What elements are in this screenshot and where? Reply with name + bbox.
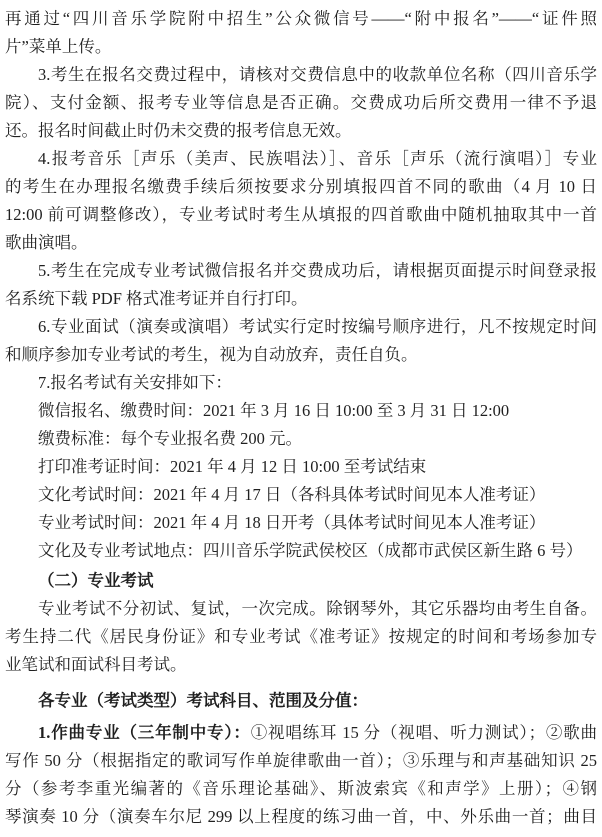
text-line: 3.考生在报名交费过程中，请核对交费信息中的收款单位名称（四川音乐学 [5,61,597,89]
text-run: 各专业（考试类型）考试科目、范围及分值： [38,691,368,710]
text-run: 6.专业面试（演奏或演唱）考试实行定时按编号顺序进行，凡不按规定时间 [38,317,597,336]
text-run: 还。报名时间截止时仍未交费的报考信息无效。 [5,121,352,140]
text-line: 片”菜单上传。 [5,33,597,61]
text-run: 院）、支付金额、报考专业等信息是否正确。交费成功后所交费用一律不予退 [5,93,597,112]
text-run: 再通过“四川音乐学院附中招生”公众微信号——“附中报名”——“证件照 [5,9,597,28]
text-line: 文化考试时间：2021 年 4 月 17 日（各科具体考试时间见本人准考证） [5,481,597,509]
text-line: 的考生在办理报名缴费手续后须按要求分别填报四首不同的歌曲（4 月 10 日 [5,173,597,201]
text-line: 考生持二代《居民身份证》和专业考试《准考证》按规定的时间和考场参加专 [5,623,597,651]
text-line: 名系统下载 PDF 格式准考证并自行打印。 [5,285,597,313]
text-line: 分（参考李重光编著的《音乐理论基础》、斯波索宾《和声学》上册）；④钢 [5,775,597,803]
text-run: 片”菜单上传。 [5,37,111,56]
text-line: 院）、支付金额、报考专业等信息是否正确。交费成功后所交费用一律不予退 [5,89,597,117]
text-line: 7.报名考试有关安排如下： [5,369,597,397]
text-run: 的考生在办理报名缴费手续后须按要求分别填报四首不同的歌曲（4 月 10 日 [5,177,597,196]
text-line: 专业考试不分初试、复试，一次完成。除钢琴外，其它乐器均由考生自备。 [5,595,597,623]
text-line: 和顺序参加专业考试的考生，视为自动放弃，责任自负。 [5,341,597,369]
text-run: 分（参考李重光编著的《音乐理论基础》、斯波索宾《和声学》上册）；④钢 [5,779,597,798]
text-run: 文化及专业考试地点：四川音乐学院武侯校区（成都市武侯区新生路 6 号） [38,541,583,560]
text-run: 4.报考音乐［声乐（美声、民族唱法）］、音乐［声乐（流行演唱）］专业 [38,149,597,168]
document-body: 再通过“四川音乐学院附中招生”公众微信号——“附中报名”——“证件照片”菜单上传… [5,5,597,831]
text-line: 打印准考证时间：2021 年 4 月 12 日 10:00 至考试结束 [5,453,597,481]
document-page: 再通过“四川音乐学院附中招生”公众微信号——“附中报名”——“证件照片”菜单上传… [0,0,602,837]
text-run: 文化考试时间：2021 年 4 月 17 日（各科具体考试时间见本人准考证） [38,485,545,504]
text-line: 专业考试时间：2021 年 4 月 18 日开考（具体考试时间见本人准考证） [5,509,597,537]
text-run: 缴费标准：每个专业报名费 200 元。 [38,429,302,448]
text-line: 文化及专业考试地点：四川音乐学院武侯校区（成都市武侯区新生路 6 号） [5,537,597,565]
text-line: 再通过“四川音乐学院附中招生”公众微信号——“附中报名”——“证件照 [5,5,597,33]
text-line: 还。报名时间截止时仍未交费的报考信息无效。 [5,117,597,145]
text-run: 业笔试和面试科目考试。 [5,655,187,674]
text-run: 考生持二代《居民身份证》和专业考试《准考证》按规定的时间和考场参加专 [5,627,597,646]
text-run: 7.报名考试有关安排如下： [38,373,232,392]
bold-text-run: 1.作曲专业（三年制中专）： [38,723,251,742]
text-line: 业笔试和面试科目考试。 [5,651,597,679]
text-line: 琴演奏 10 分（演奏车尔尼 299 以上程度的练习曲一首，中、外乐曲一首；曲目 [5,803,597,831]
text-line: 歌曲演唱。 [5,229,597,257]
text-run: 写作 50 分（根据指定的歌词写作单旋律歌曲一首）；③乐理与和声基础知识 25 [5,751,597,770]
text-run: 专业考试不分初试、复试，一次完成。除钢琴外，其它乐器均由考生自备。 [38,599,597,618]
text-line: 6.专业面试（演奏或演唱）考试实行定时按编号顺序进行，凡不按规定时间 [5,313,597,341]
text-run: 歌曲演唱。 [5,233,88,252]
text-run: 琴演奏 10 分（演奏车尔尼 299 以上程度的练习曲一首，中、外乐曲一首；曲目 [5,807,597,826]
text-run: 3.考生在报名交费过程中，请核对交费信息中的收款单位名称（四川音乐学 [38,65,597,84]
text-line: 缴费标准：每个专业报名费 200 元。 [5,425,597,453]
text-line: 5.考生在完成专业考试微信报名并交费成功后，请根据页面提示时间登录报 [5,257,597,285]
text-run: （二）专业考试 [38,571,154,590]
heading-line: 各专业（考试类型）考试科目、范围及分值： [5,687,597,715]
text-run: 微信报名、缴费时间：2021 年 3 月 16 日 10:00 至 3 月 31… [38,401,509,420]
text-run: 专业考试时间：2021 年 4 月 18 日开考（具体考试时间见本人准考证） [38,513,545,532]
text-run: 名系统下载 PDF 格式准考证并自行打印。 [5,289,308,308]
text-run: ①视唱练耳 15 分（视唱、听力测试）；②歌曲 [251,723,597,742]
text-run: 打印准考证时间：2021 年 4 月 12 日 10:00 至考试结束 [38,457,426,476]
text-run: 和顺序参加专业考试的考生，视为自动放弃，责任自负。 [5,345,418,364]
text-run: 5.考生在完成专业考试微信报名并交费成功后，请根据页面提示时间登录报 [38,261,597,280]
text-line: 写作 50 分（根据指定的歌词写作单旋律歌曲一首）；③乐理与和声基础知识 25 [5,747,597,775]
text-line: 微信报名、缴费时间：2021 年 3 月 16 日 10:00 至 3 月 31… [5,397,597,425]
text-line: 12:00 前可调整修改），专业考试时考生从填报的四首歌曲中随机抽取其中一首 [5,201,597,229]
heading-line: （二）专业考试 [5,567,597,595]
text-run: 12:00 前可调整修改），专业考试时考生从填报的四首歌曲中随机抽取其中一首 [5,205,597,224]
text-line: 1.作曲专业（三年制中专）：①视唱练耳 15 分（视唱、听力测试）；②歌曲 [5,719,597,747]
text-line: 4.报考音乐［声乐（美声、民族唱法）］、音乐［声乐（流行演唱）］专业 [5,145,597,173]
